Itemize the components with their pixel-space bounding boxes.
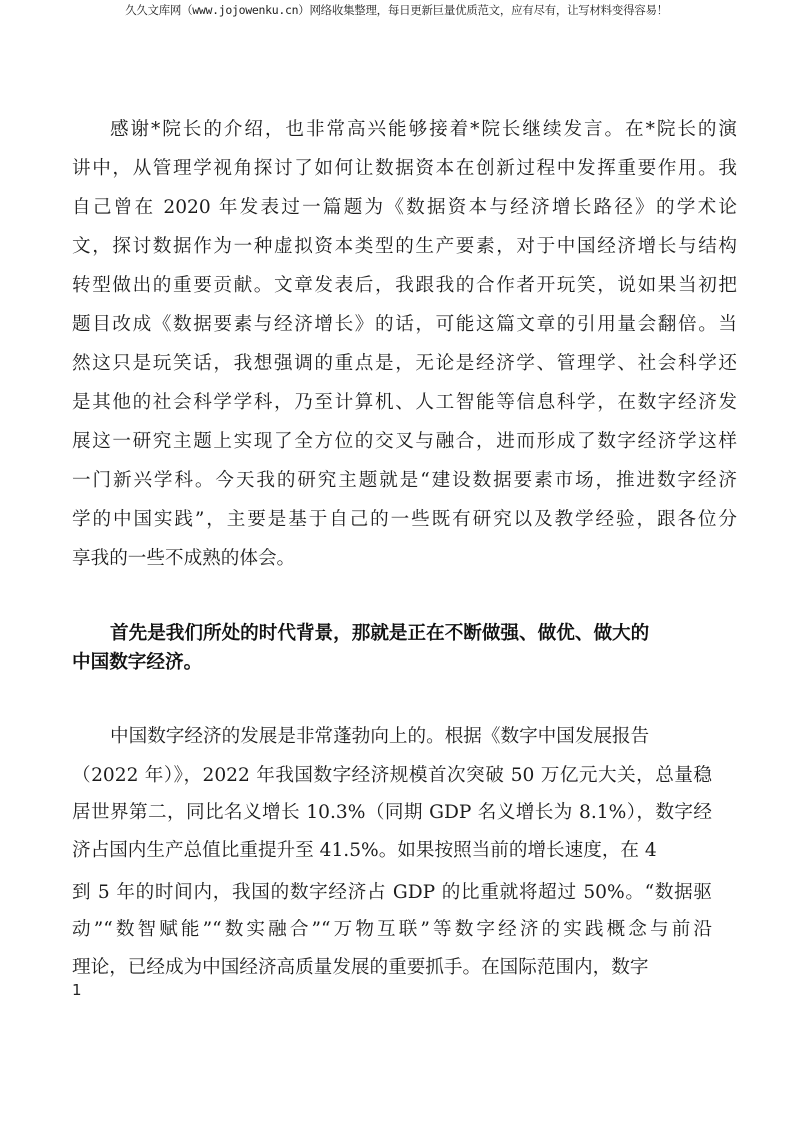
heading-line: 中国数字经济。	[72, 651, 202, 675]
text-line: （2022 年）》，2022 年我国数字经济规模首次突破 50 万亿元大关，总量…	[72, 764, 712, 788]
text-line: 一门新兴学科。今天我的研究主题就是“建设数据要素市场，推进数字经济	[72, 469, 737, 493]
text-line: 自己曾在 2020 年发表过一篇题为《数据资本与经济增长路径》的学术论	[72, 196, 737, 220]
site-header-banner: 久久文库网（www.jojowenku.cn）网络收集整理，每日更新巨量优质范文…	[0, 2, 793, 18]
text-line: 展这一研究主题上实现了全方位的交叉与融合，进而形成了数字经济学这样	[72, 430, 737, 454]
text-line: 学的中国实践”，主要是基于自己的一些既有研究以及教学经验，跟各位分	[72, 508, 737, 532]
text-line: 转型做出的重要贡献。文章发表后，我跟我的合作者开玩笑，说如果当初把	[72, 274, 737, 298]
text-line: 感谢*院长的介绍，也非常高兴能够接着*院长继续发言。在*院长的演	[110, 118, 737, 142]
text-line: 讲中，从管理学视角探讨了如何让数据资本在创新过程中发挥重要作用。我	[72, 157, 737, 181]
text-line: 享我的一些不成熟的体会。	[72, 547, 737, 571]
text-line: 到 5 年的时间内，我国的数字经济占 GDP 的比重就将超过 50%。“数据驱	[72, 881, 712, 905]
text-line: 中国数字经济的发展是非常蓬勃向上的。根据《数字中国发展报告	[110, 725, 700, 749]
text-line: 济占国内生产总值比重提升至 41.5%。如果按照当前的增长速度，在 4	[72, 839, 737, 863]
text-line: 动”“数智赋能”“数实融合”“万物互联”等数字经济的实践概念与前沿	[72, 918, 712, 942]
text-line: 是其他的社会科学学科，乃至计算机、人工智能等信息科学，在数字经济发	[72, 391, 737, 415]
heading-line: 首先是我们所处的时代背景，那就是正在不断做强、做优、做大的	[110, 622, 649, 646]
text-line: 然这只是玩笑话，我想强调的重点是，无论是经济学、管理学、社会科学还	[72, 352, 737, 376]
text-line: 题目改成《数据要素与经济增长》的话，可能这篇文章的引用量会翻倍。当	[72, 313, 737, 337]
text-line: 居世界第二，同比名义增长 10.3%（同期 GDP 名义增长为 8.1%），数字…	[72, 801, 712, 825]
text-line: 理论，已经成为中国经济高质量发展的重要抓手。在国际范围内，数字	[72, 956, 737, 980]
page-number: 1	[72, 980, 82, 1000]
text-line: 文，探讨数据作为一种虚拟资本类型的生产要素，对于中国经济增长与结构	[72, 235, 737, 259]
